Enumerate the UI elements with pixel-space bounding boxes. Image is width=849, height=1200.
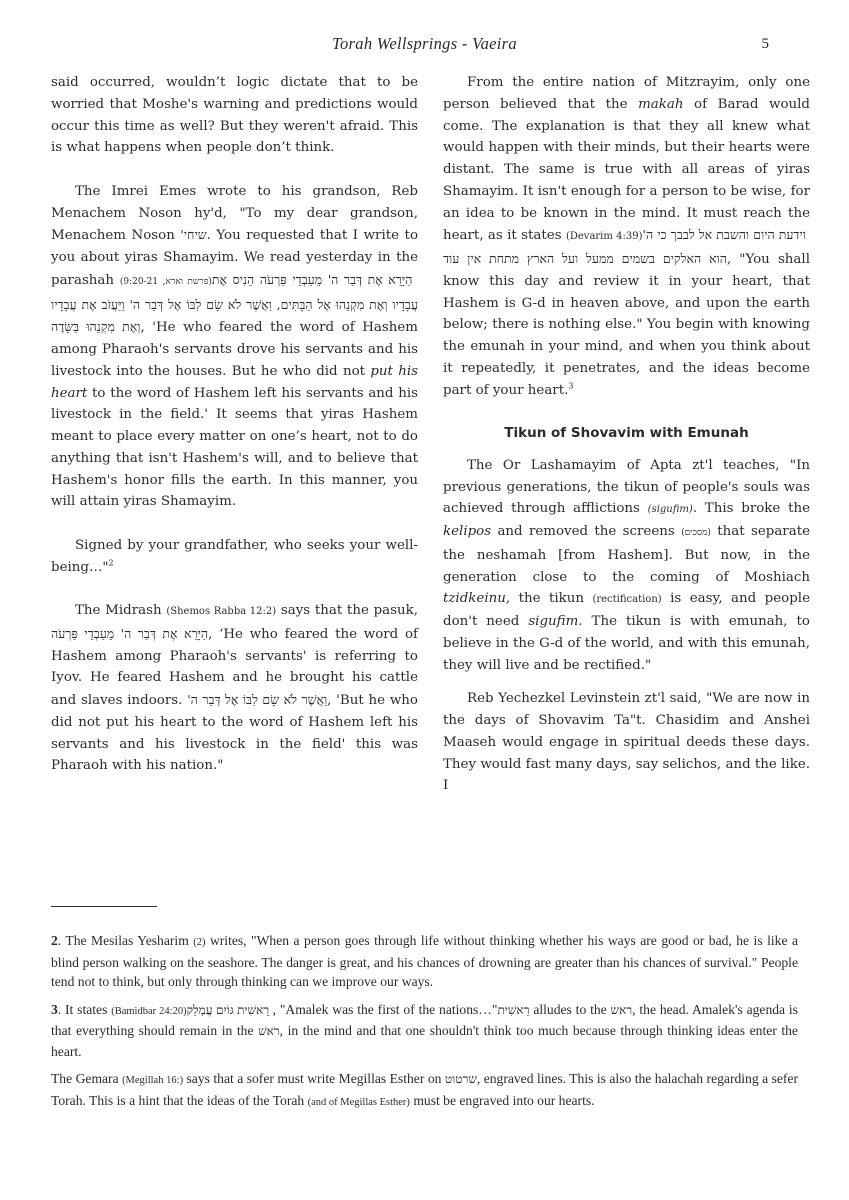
running-title: Torah Wellsprings - Vaeira	[0, 34, 849, 54]
hebrew-verse: הַיָּרֵא אֶת דְּבַר ה' מֵעַבְדֵי פַּרְעֹ…	[51, 626, 208, 641]
text-run: The Midrash	[75, 603, 166, 618]
text-run: of Barad would come. The explanation is …	[443, 97, 810, 244]
paragraph-mitzrayim: From the entire nation of Mitzrayim, onl…	[443, 72, 810, 401]
italic-text: makah	[638, 97, 683, 112]
paragraph-levinstein: Reb Yechezkel Levinstein zt'l said, "We …	[443, 688, 810, 797]
footnote-reference[interactable]: 3	[568, 381, 573, 390]
hebrew-text: שרטוט	[445, 1072, 477, 1086]
source-reference: (2)	[193, 937, 205, 948]
hebrew-text: רֹאשׁ	[258, 1024, 280, 1038]
text-run: alludes to the	[530, 1002, 611, 1017]
hebrew-text: רֵאשִׁית	[497, 1003, 529, 1017]
footnote-3: 3. It states (Bamidbar 24:20) רֵאשִׁית ג…	[51, 1000, 798, 1062]
right-column: From the entire nation of Mitzrayim, onl…	[443, 72, 810, 797]
text-run: . It states	[58, 1002, 111, 1017]
source-reference: (Bamidbar 24:20)	[111, 1006, 186, 1017]
text-run: Signed by your grandfather, who seeks yo…	[51, 538, 418, 575]
hebrew-verse: וַאֲשֶׁר לֹא שָׂם לִבּוֹ אֶל דְּבַר ה'	[187, 692, 327, 707]
footnote-number: 2	[51, 933, 58, 948]
hebrew-text: שיחי'	[180, 227, 206, 242]
text-run: , "Amalek was the first of the nations…"	[273, 1002, 498, 1017]
hebrew-text: (מסכים)	[681, 528, 711, 538]
text-run: . The Mesilas Yesharim	[58, 933, 193, 948]
hebrew-verse: רֵאשִׁית גּוֹיִם עֲמָלֵק	[187, 1003, 273, 1017]
small-text: (and of Megillas Esther)	[308, 1097, 410, 1108]
paragraph-continued: said occurred, wouldn’t logic dictate th…	[51, 72, 418, 159]
text-run: says that the pasuk,	[276, 603, 418, 618]
paragraph-or-lashamayim: The Or Lashamayim of Apta zt'l teaches, …	[443, 455, 810, 677]
footnote-3-continued: The Gemara (Megillah 16:) says that a so…	[51, 1069, 798, 1112]
text-run: . This broke the	[693, 501, 810, 516]
source-reference: (Devarim 4:39)	[566, 231, 643, 242]
source-reference: (Shemos Rabba 12:2)	[166, 606, 276, 617]
source-reference: (Megillah 16:)	[122, 1075, 183, 1086]
footnotes: 2. The Mesilas Yesharim (2) writes, "Whe…	[51, 931, 798, 1120]
italic-text: kelipos	[443, 524, 491, 539]
left-column: said occurred, wouldn’t logic dictate th…	[51, 72, 418, 777]
section-heading: Tikun of Shovavim with Emunah	[443, 423, 810, 445]
footnote-divider	[51, 906, 157, 907]
page-number: 5	[762, 36, 770, 53]
text-run: and removed the screens	[491, 524, 681, 539]
footnote-number: 3	[51, 1002, 58, 1017]
hebrew-reference: (פרשת וארא, 9:20-21)	[120, 277, 212, 287]
footnote-2: 2. The Mesilas Yesharim (2) writes, "Whe…	[51, 931, 798, 992]
italic-small-text: (sigufim)	[648, 504, 693, 515]
text-run: , the tikun	[506, 591, 593, 606]
paragraph-imrei-emes: The Imrei Emes wrote to his grandson, Re…	[51, 181, 418, 513]
small-text: (rectification)	[592, 594, 661, 605]
text-run: must be engraved into our hearts.	[410, 1093, 595, 1108]
hebrew-text: ראש	[611, 1003, 633, 1017]
text-run: The Gemara	[51, 1071, 122, 1086]
text-run: says that a sofer must write Megillas Es…	[183, 1071, 445, 1086]
paragraph-midrash: The Midrash (Shemos Rabba 12:2) says tha…	[51, 600, 418, 777]
italic-text: sigufim	[528, 614, 578, 629]
text-run: , "You shall know this day and review it…	[443, 252, 810, 398]
text-run: to the word of Hashem left his servants …	[51, 386, 418, 510]
italic-text: tzidkeinu	[443, 591, 506, 606]
paragraph-signature: Signed by your grandfather, who seeks yo…	[51, 535, 418, 579]
footnote-reference[interactable]: 2	[109, 558, 114, 567]
page-header: Torah Wellsprings - Vaeira 5	[0, 32, 849, 58]
